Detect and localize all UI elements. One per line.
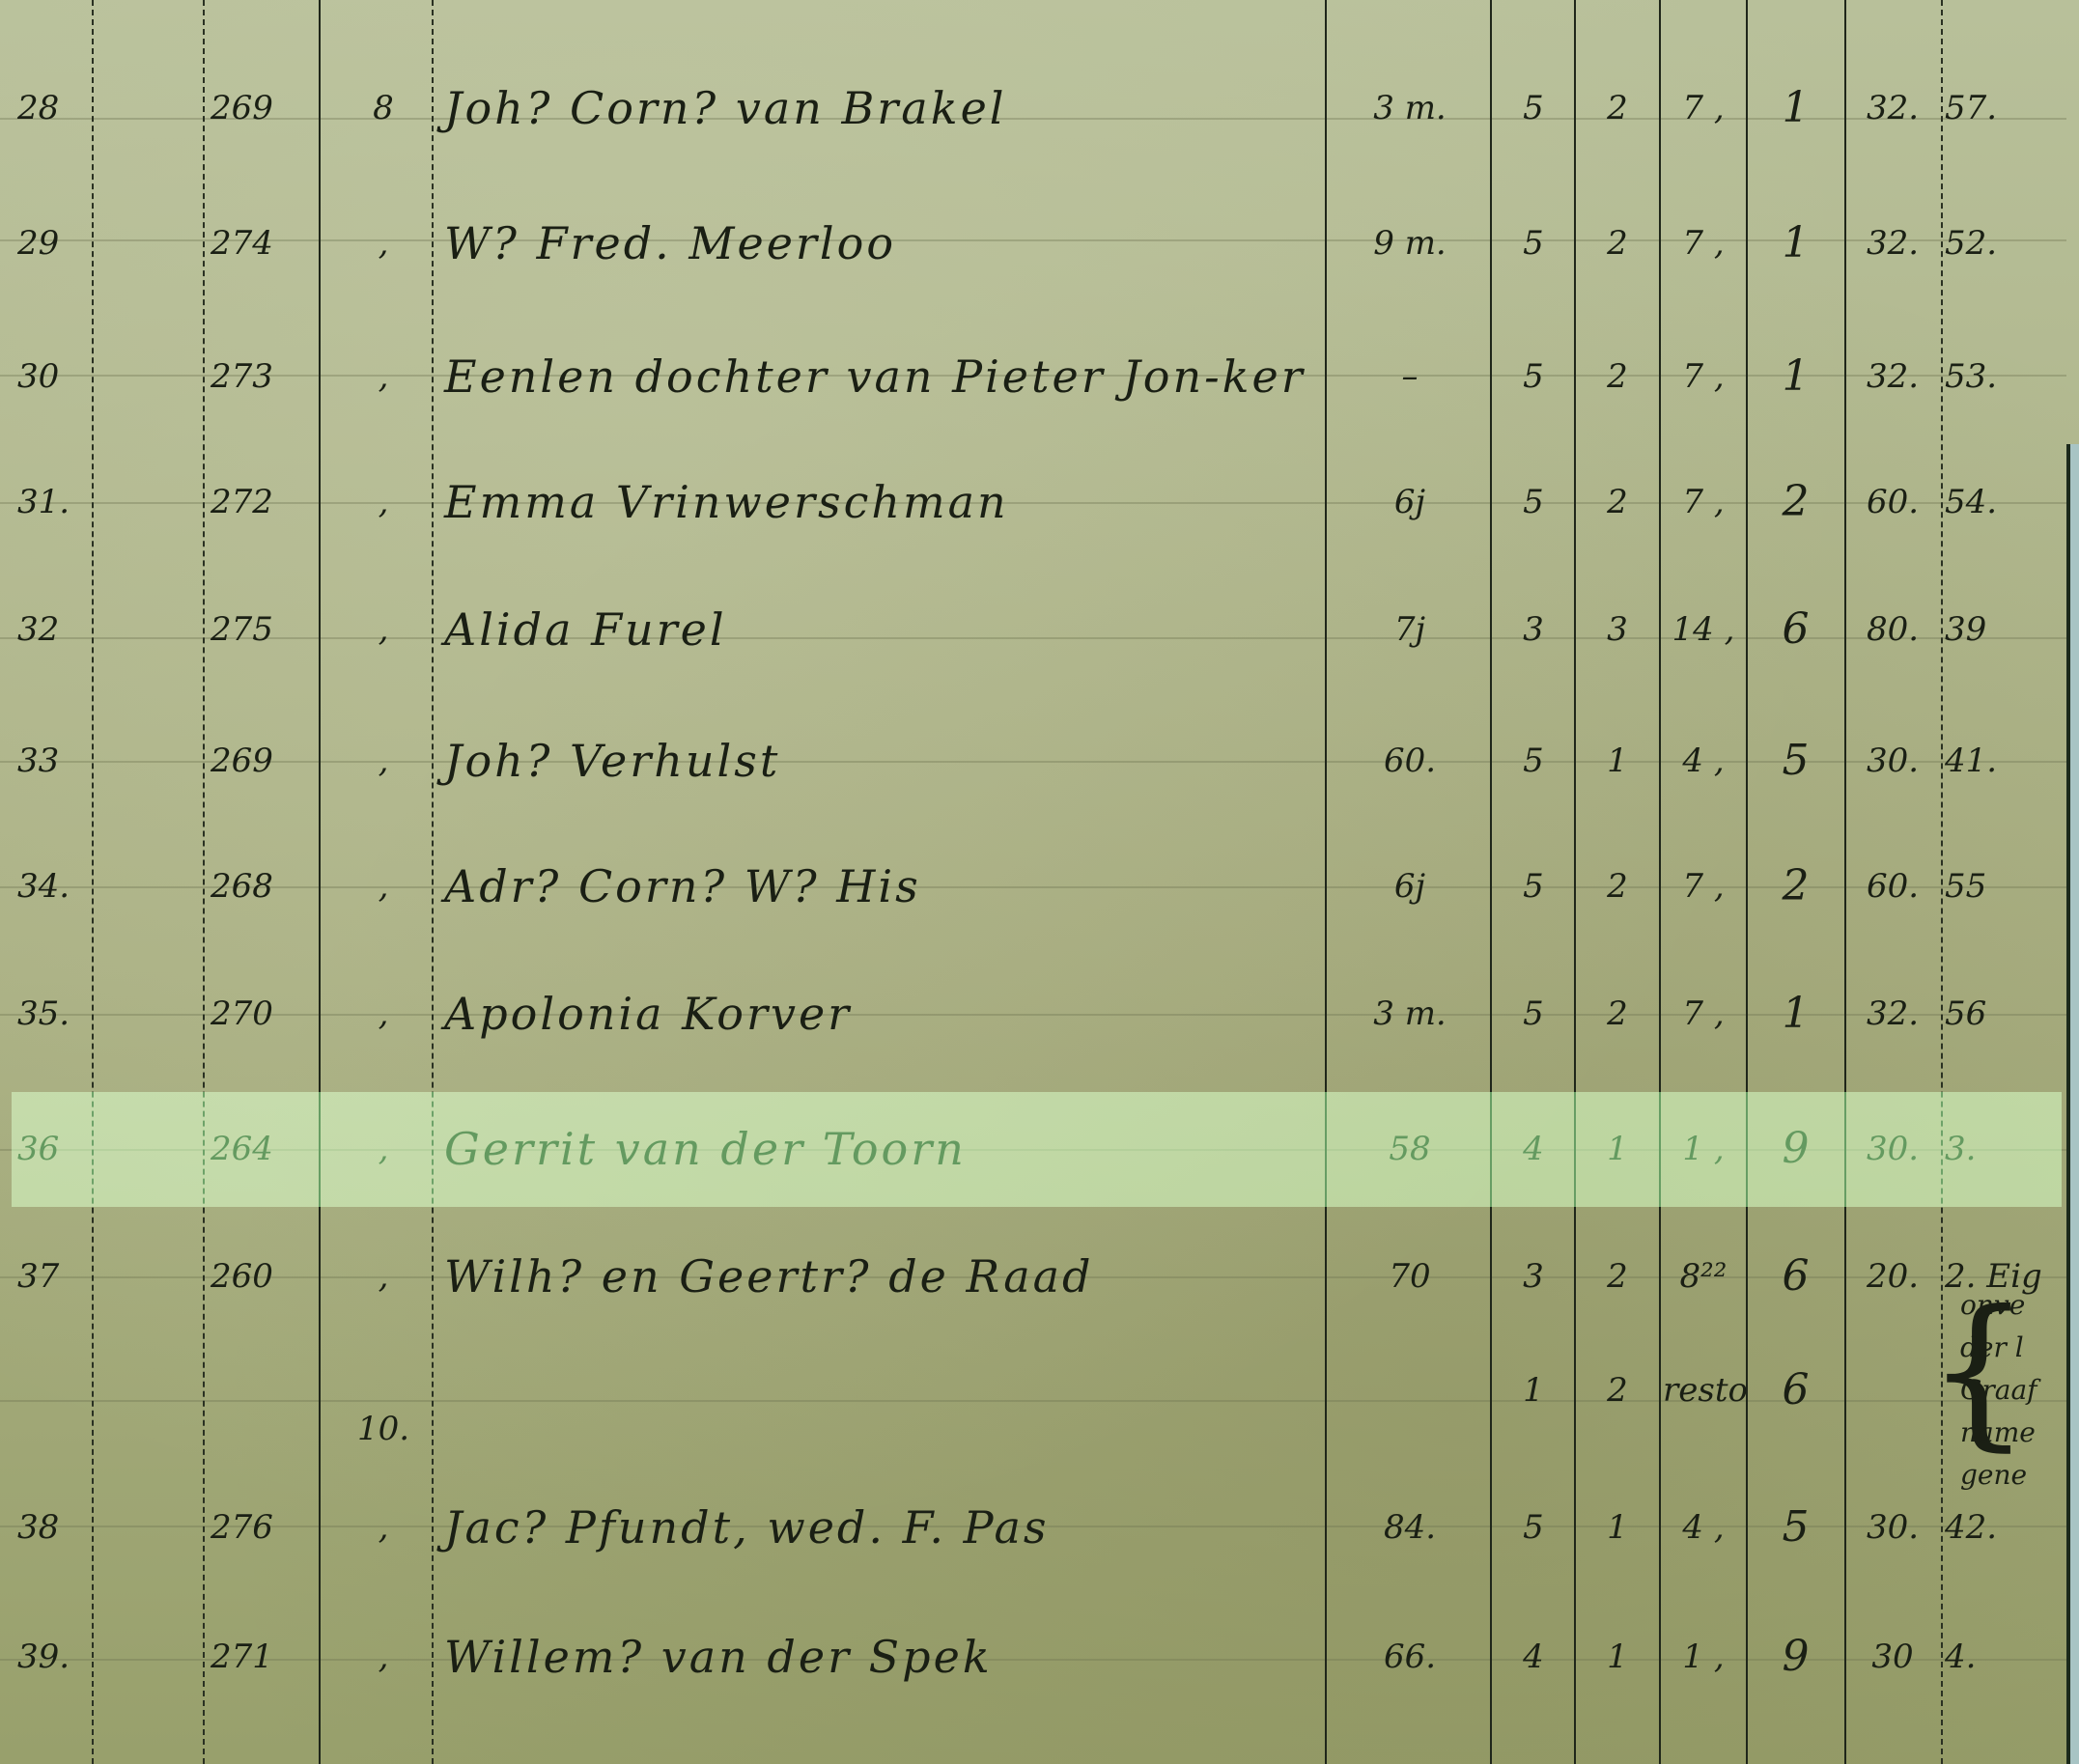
duration-value: 7 , (1663, 463, 1744, 541)
grave-number: 4. (1945, 1618, 2061, 1695)
person-name: Willem? van der Spek (444, 1618, 1313, 1695)
margin-note-line: gene (1960, 1454, 2066, 1497)
fee-value: 20. (1846, 1238, 1939, 1315)
person-name: Wilh? en Geertr? de Raad (444, 1238, 1313, 1315)
duration-value: 7 , (1663, 338, 1744, 415)
duration-value: 1 , (1663, 1618, 1744, 1695)
margin-note: onve der l Graaf name gene (1960, 1284, 2066, 1497)
grade-value: 2 (1750, 463, 1841, 541)
fee-value: 32. (1846, 205, 1939, 282)
row-number: 35. (17, 975, 90, 1052)
duration-value: 7 , (1663, 975, 1744, 1052)
duration-value: 4 , (1663, 1489, 1744, 1566)
category-value: 2 (1579, 338, 1656, 415)
fee-value (1846, 1352, 1939, 1429)
duration-value: resto (1663, 1352, 1744, 1429)
category-value: 1 (1579, 1618, 1656, 1695)
grade-value: 1 (1750, 70, 1841, 147)
category-value: 1 (1579, 722, 1656, 799)
class-value: 5 (1495, 205, 1572, 282)
register-row: 33 269 , Joh? Verhulst 60. 5 1 4 , 5 30.… (0, 722, 2066, 799)
person-name: Alida Furel (444, 591, 1313, 668)
grave-number: 55 (1945, 848, 2061, 925)
fee-value: 60. (1846, 463, 1939, 541)
category-value: 2 (1579, 848, 1656, 925)
age: – (1337, 338, 1482, 415)
row-number: 38 (17, 1489, 90, 1566)
person-name: Apolonia Korver (444, 975, 1313, 1052)
register-row: 39. 271 , Willem? van der Spek 66. 4 1 1… (0, 1618, 2066, 1695)
duration-value: 14 , (1663, 591, 1744, 668)
fee-value: 60. (1846, 848, 1939, 925)
category-value: 2 (1579, 1238, 1656, 1315)
register-row: 35. 270 , Apolonia Korver 3 m. 5 2 7 , 1… (0, 975, 2066, 1052)
register-number: 272 (211, 463, 317, 541)
ditto-mark: , (340, 463, 427, 541)
grave-number: 41. (1945, 722, 2061, 799)
class-value: 5 (1495, 70, 1572, 147)
register-row: 34. 268 , Adr? Corn? W? His 6j 5 2 7 , 2… (0, 848, 2066, 925)
fee-value: 32. (1846, 975, 1939, 1052)
person-name: W? Fred. Meerloo (444, 205, 1313, 282)
register-row: 38 276 , Jac? Pfundt, wed. F. Pas 84. 5 … (0, 1489, 2066, 1566)
row-number: 39. (17, 1618, 90, 1695)
register-number: 274 (211, 205, 317, 282)
register-subrow: 10. 1 2 resto 6 (0, 1352, 2066, 1429)
row-number: 28 (17, 70, 90, 147)
duration-value: 7 , (1663, 205, 1744, 282)
register-number: 273 (211, 338, 317, 415)
page-edge (2066, 444, 2079, 1764)
age: 70 (1337, 1238, 1482, 1315)
ditto-mark: , (340, 975, 427, 1052)
register-row: 31. 272 , Emma Vrinwerschman 6j 5 2 7 , … (0, 463, 2066, 541)
category-value: 1 (1579, 1489, 1656, 1566)
ditto-mark: , (340, 205, 427, 282)
person-name: Jac? Pfundt, wed. F. Pas (444, 1489, 1313, 1566)
class-value: 5 (1495, 338, 1572, 415)
category-value: 3 (1579, 591, 1656, 668)
class-value: 3 (1495, 591, 1572, 668)
age: 6j (1337, 463, 1482, 541)
register-number: 268 (211, 848, 317, 925)
ditto-mark: , (340, 1238, 427, 1315)
class-value: 5 (1495, 463, 1572, 541)
row-number: 33 (17, 722, 90, 799)
grade-value: 5 (1750, 1489, 1841, 1566)
grade-value: 1 (1750, 338, 1841, 415)
category-value: 2 (1579, 975, 1656, 1052)
fee-value: 30 (1846, 1618, 1939, 1695)
row-number: 30 (17, 338, 90, 415)
register-row: 28 269 8 Joh? Corn? van Brakel 3 m. 5 2 … (0, 70, 2066, 147)
row-number: 29 (17, 205, 90, 282)
ditto-mark: , (340, 591, 427, 668)
margin-note-line: Graaf (1960, 1369, 2066, 1412)
register-number (211, 1352, 317, 1429)
grade-value: 1 (1750, 975, 1841, 1052)
row-number: 31. (17, 463, 90, 541)
class-value: 3 (1495, 1238, 1572, 1315)
age: 3 m. (1337, 70, 1482, 147)
duration-value: 8²² (1663, 1238, 1744, 1315)
ditto-mark: , (340, 338, 427, 415)
person-name: Joh? Corn? van Brakel (444, 70, 1313, 147)
row-number: 32 (17, 591, 90, 668)
category-value: 2 (1579, 70, 1656, 147)
age: 7j (1337, 591, 1482, 668)
fee-value: 30. (1846, 722, 1939, 799)
fee-value: 32. (1846, 70, 1939, 147)
grade-value: 6 (1750, 591, 1841, 668)
ditto-mark: , (340, 1618, 427, 1695)
grave-number: 56 (1945, 975, 2061, 1052)
grave-number: 42. (1945, 1489, 2061, 1566)
register-number: 269 (211, 722, 317, 799)
age: 84. (1337, 1489, 1482, 1566)
category-value: 2 (1579, 205, 1656, 282)
age (1337, 1352, 1482, 1429)
duration-value: 7 , (1663, 70, 1744, 147)
margin-note-line: name (1960, 1412, 2066, 1454)
ditto-mark: , (340, 848, 427, 925)
person-name: Joh? Verhulst (444, 722, 1313, 799)
age: 9 m. (1337, 205, 1482, 282)
register-row: 37 260 , Wilh? en Geertr? de Raad 70 3 2… (0, 1238, 2066, 1315)
class-value: 5 (1495, 848, 1572, 925)
grade-value: 5 (1750, 722, 1841, 799)
register-number: 275 (211, 591, 317, 668)
age: 60. (1337, 722, 1482, 799)
row-number (17, 1352, 90, 1429)
register-number: 260 (211, 1238, 317, 1315)
fee-value: 30. (1846, 1489, 1939, 1566)
row-highlight (12, 1092, 2062, 1207)
margin-note-line: onve (1960, 1284, 2066, 1327)
register-row: 32 275 , Alida Furel 7j 3 3 14 , 6 80. 3… (0, 591, 2066, 668)
margin-note-line: der l (1960, 1327, 2066, 1369)
register-number: 269 (211, 70, 317, 147)
row-number: 34. (17, 848, 90, 925)
grave-number: 52. (1945, 205, 2061, 282)
class-value: 5 (1495, 722, 1572, 799)
category-value: 2 (1579, 463, 1656, 541)
person-name: Emma Vrinwerschman (444, 463, 1313, 541)
duration-value: 7 , (1663, 848, 1744, 925)
register-number: 271 (211, 1618, 317, 1695)
grade-value: 9 (1750, 1618, 1841, 1695)
fee-value: 32. (1846, 338, 1939, 415)
fee-value: 80. (1846, 591, 1939, 668)
grade-value: 6 (1750, 1352, 1841, 1429)
person-name (444, 1352, 1313, 1429)
grade-value: 2 (1750, 848, 1841, 925)
person-name: Adr? Corn? W? His (444, 848, 1313, 925)
register-row: 30 273 , Eenlen dochter van Pieter Jon-k… (0, 338, 2066, 415)
grade-value: 1 (1750, 205, 1841, 282)
class-value: 5 (1495, 1489, 1572, 1566)
person-name: Eenlen dochter van Pieter Jon-ker (444, 338, 1313, 415)
duration-value: 4 , (1663, 722, 1744, 799)
ditto-mark: 8 (340, 70, 427, 147)
register-number: 270 (211, 975, 317, 1052)
grave-number: 54. (1945, 463, 2061, 541)
grave-number: 53. (1945, 338, 2061, 415)
ditto-mark: , (340, 722, 427, 799)
class-value: 5 (1495, 975, 1572, 1052)
grave-number: 57. (1945, 70, 2061, 147)
class-value: 4 (1495, 1618, 1572, 1695)
grade-value: 6 (1750, 1238, 1841, 1315)
row-number: 37 (17, 1238, 90, 1315)
register-number: 276 (211, 1489, 317, 1566)
class-value: 1 (1495, 1352, 1572, 1429)
age: 6j (1337, 848, 1482, 925)
category-value: 2 (1579, 1352, 1656, 1429)
grave-number: 39 (1945, 591, 2061, 668)
age: 3 m. (1337, 975, 1482, 1052)
subrow-marker: 10. (340, 1390, 427, 1468)
ditto-mark: , (340, 1489, 427, 1566)
age: 66. (1337, 1618, 1482, 1695)
register-row: 29 274 , W? Fred. Meerloo 9 m. 5 2 7 , 1… (0, 205, 2066, 282)
register-page: 28 269 8 Joh? Corn? van Brakel 3 m. 5 2 … (0, 0, 2079, 1764)
